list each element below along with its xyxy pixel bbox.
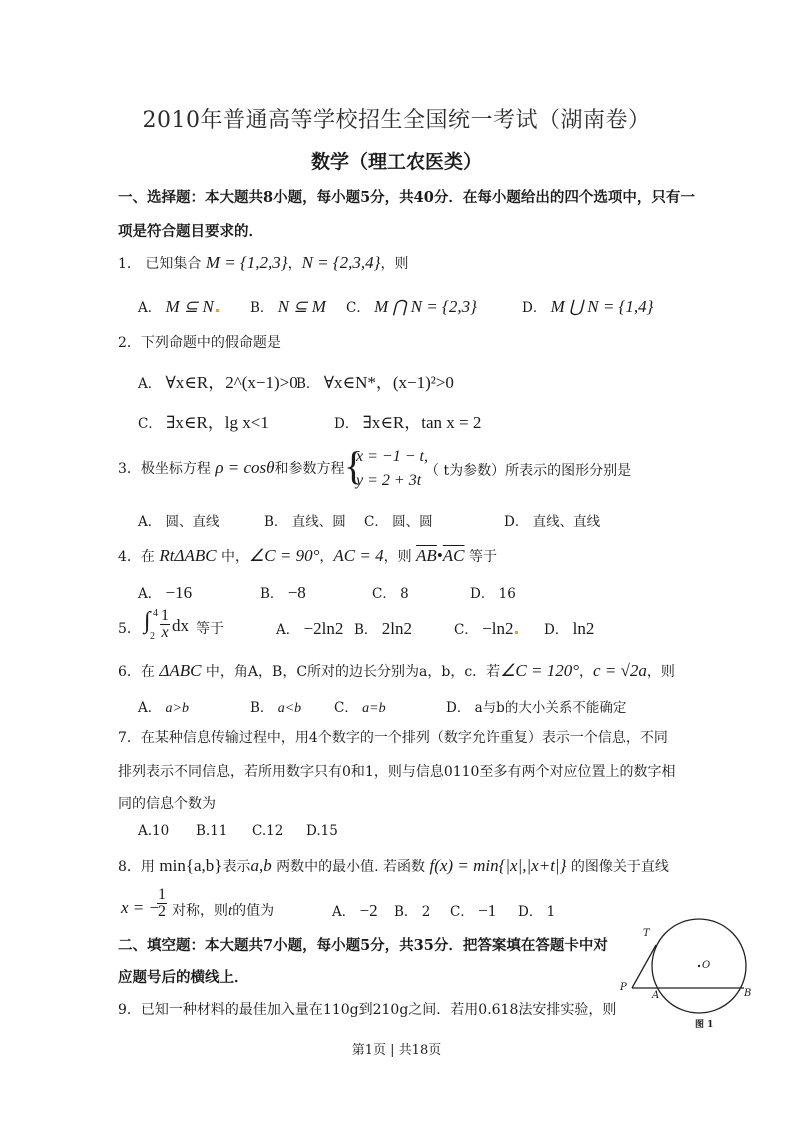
question-1-option-c[interactable]: C． M ⋂ N = {2,3} [346,296,477,317]
question-1-stem: 1． 已知集合 M = {1,2,3}，N = {2,3,4}，则 [118,253,408,273]
question-2-option-a[interactable]: A． ∀x∈R，2^(x−1)>0 [138,368,298,393]
option-text: ∀x∈N*，(x−1)²>0 [324,373,454,392]
option-label: B． [250,300,273,316]
question-8-option-b[interactable]: B． 2 [394,900,430,920]
question-3-option-c[interactable]: C． 圆、圆 [364,510,433,530]
symmetry-line-lhs: x = − [121,898,160,918]
option-label: B． [250,700,273,716]
orange-dot-marker [515,631,518,634]
question-number: 3． [118,461,141,477]
option-text: a>b [166,701,189,716]
question-7-option-d[interactable]: D.15 [306,823,338,839]
stem-text: 的图像关于直线 [571,859,669,875]
option-text: a与b的大小关系不能确定 [475,700,627,716]
question-5-stem: 等于 [196,618,224,638]
question-number: 2． [118,335,141,351]
option-text: −2ln2 [304,619,344,638]
symmetry-fraction: 12 [157,887,167,920]
option-label: C． [372,586,396,602]
option-label: D． [544,622,568,638]
option-label: D． [470,586,494,602]
option-label: B． [394,904,417,920]
option-label: A. [138,823,152,839]
question-number: 9． [118,1002,141,1018]
label-o: O [702,960,710,971]
option-text: ∃x∈R，tan x = 2 [363,413,482,432]
option-text: M ⊆ N [166,297,214,316]
polar-equation: ρ = cosθ [215,458,274,477]
question-5-option-a[interactable]: A． −2ln2 [276,618,343,639]
question-6-stem: 6．在 ΔABC 中，角A，B，C所对的边长分别为a，b，c．若∠C = 120… [118,661,675,681]
stem-text: 用 [141,859,155,875]
option-text: 15 [321,823,338,839]
question-4-stem: 4．在 RtΔABC 中，∠C = 90°，AC = 4，则 AB•AC 等于 [118,546,497,566]
side-length: c = √2a [593,661,647,680]
triangle: RtΔABC [159,546,216,565]
question-6-option-b[interactable]: B． a<b [250,696,301,717]
fraction-numerator: 1 [160,608,170,625]
stem-text: 表示 [222,859,250,875]
side-length: AC = 4 [333,546,383,565]
question-7-stem-line3: 同的信息个数为 [118,793,216,813]
label-b: B [744,988,751,999]
stem-text: 中，角A，B，C所对的边长分别为a，b，c．若 [206,664,500,680]
option-label: A． [138,300,161,316]
function-definition: f(x) = min{|x|,|x+t|} [430,856,567,875]
differential: dx [172,616,189,636]
question-1-option-a[interactable]: A． M ⊆ N [138,296,219,317]
option-label: C． [138,416,162,432]
option-label: A． [138,586,161,602]
option-text: −1 [478,901,496,920]
option-label: D． [446,700,470,716]
option-text: M ⋂ N = {2,3} [374,297,477,316]
option-text: −2 [360,901,378,920]
question-number: 4． [118,549,141,565]
option-text: 直线、圆 [292,514,346,530]
option-text: −ln2 [482,619,513,638]
option-text: 16 [499,586,516,602]
option-text: −8 [288,583,306,602]
question-2-stem: 2．下列命题中的假命题是 [118,332,281,352]
option-label: D． [504,514,528,530]
question-8-option-a[interactable]: A． −2 [332,900,378,921]
question-3-stem: 3．极坐标方程 ρ = cosθ和参数方程 [118,458,345,478]
option-label: C． [346,300,370,316]
question-8-stem-line1: 8．用 min{a,b}表示a,b 两数中的最小值. 若函数 f(x) = mi… [118,856,669,876]
question-1-option-b[interactable]: B． N ⊆ M [250,296,326,317]
circle-tangent-secant-icon [612,918,762,1036]
option-text: ln2 [573,619,595,638]
option-label: A． [138,700,161,716]
question-2-option-d[interactable]: D． ∃x∈R，tan x = 2 [334,408,481,433]
option-text: a=b [362,701,385,716]
option-label: B． [354,622,377,638]
angle: ∠C = 120° [500,661,579,680]
option-label: C． [364,514,388,530]
option-label: B． [264,514,287,530]
stem-text: 的值为 [232,903,274,919]
stem-text: 已知一种材料的最佳加入量在110g到210g之间．若用0.618法安排实验，则 [141,1002,616,1018]
option-text: 1 [547,904,556,920]
set-m: M = {1,2,3} [206,253,288,272]
option-text: N ⊆ M [278,297,326,316]
option-text: 2 [422,904,431,920]
question-1-option-d[interactable]: D． M ⋃ N = {1,4} [522,296,653,317]
orange-dot-marker [216,309,219,312]
question-4-option-c[interactable]: C． 8 [372,582,409,602]
stem-text: 对称，则 [172,903,228,919]
stem-text: 在 [141,664,155,680]
option-text: a<b [278,701,301,716]
option-text: ∃x∈R，lg x<1 [166,413,269,432]
question-6-option-c[interactable]: C． a=b [334,696,386,717]
question-4-option-d[interactable]: D． 16 [470,582,516,602]
triangle: ΔABC [159,661,201,680]
option-label: D． [334,416,358,432]
option-label: C． [334,700,358,716]
stem-text: 两数中的最小值. 若函数 [276,859,425,875]
option-label: C． [450,904,474,920]
stem-text: 已知集合 [145,256,201,272]
question-7-stem-line1: 7．在某种信息传输过程中，用4个数字的一个排列（数字允许重复）表示一个信息，不同 [118,727,668,747]
option-label: A． [276,622,299,638]
option-text: −16 [166,583,193,602]
question-7-stem-line2: 排列表示不同信息，若所用数字只有0和1，则与信息0110至多有两个对应位置上的数… [118,761,675,781]
option-text: 圆、圆 [392,514,433,530]
question-5-option-c[interactable]: C． −ln2 [454,618,518,639]
question-number: 6． [118,664,141,680]
label-a: A [652,990,659,1001]
integral-lower-limit: 2 [150,631,155,642]
question-6-option-a[interactable]: A． a>b [138,696,189,717]
question-3-stem-tail: （ t为参数）所表示的图形分别是 [425,460,631,480]
stem-text: ，则 [380,256,408,272]
question-4-option-a[interactable]: A． −16 [138,582,192,603]
question-3-option-b[interactable]: B． 直线、圆 [264,510,346,530]
stem-text: 在 [141,549,155,565]
question-2-option-c[interactable]: C． ∃x∈R，lg x<1 [138,408,269,433]
stem-text: 在某种信息传输过程中，用4个数字的一个排列（数字允许重复）表示一个信息，不同 [141,730,668,746]
question-7-option-b[interactable]: B.11 [196,823,227,839]
question-4-option-b[interactable]: B． −8 [260,582,306,603]
section2-heading-line1: 二、填空题：本大题共7小题，每小题5分，共35分．把答案填在答题卡中对 [118,934,608,955]
angle: ∠C = 90° [249,546,319,565]
vector-ac: AC [443,546,465,565]
figure-caption: 图 1 [695,1017,713,1030]
min-expression: min{a,b} [159,856,222,875]
option-label: D． [518,904,542,920]
stem-text: 极坐标方程 [141,461,211,477]
stem-text: 等于 [469,549,497,565]
option-label: D. [306,823,321,839]
section1-heading-line2: 项是符合题目要求的． [118,220,263,241]
option-text: 直线、直线 [533,514,601,530]
option-text: 10 [152,823,169,839]
question-8-option-c[interactable]: C． −1 [450,900,496,921]
option-label: B. [196,823,210,839]
stem-text: 中， [221,549,249,565]
question-8-option-d[interactable]: D． 1 [518,900,555,920]
section2-heading-line2: 应题号后的横线上． [118,966,249,987]
question-5-option-d[interactable]: D． ln2 [544,618,594,639]
integrand-fraction: 1x [160,608,170,641]
question-7-option-c[interactable]: C.12 [252,823,283,839]
question-9-stem: 9．已知一种材料的最佳加入量在110g到210g之间．若用0.618法安排实验，… [118,999,616,1019]
variables-ab: a,b [250,856,271,875]
fraction-denominator: 2 [157,904,167,920]
option-label: A． [332,904,355,920]
label-p: P [620,982,627,993]
figure-1-circle-diagram: T O P A B 图 1 [612,918,762,1036]
question-8-stem-line2: 对称，则t的值为 [172,900,274,920]
question-3-option-a[interactable]: A． 圆、直线 [138,510,220,530]
question-5-number: 5． [118,618,141,638]
question-7-option-a[interactable]: A.10 [138,823,169,839]
option-label: C. [252,823,266,839]
stem-text: 和参数方程 [275,461,345,477]
option-label: B． [260,586,283,602]
fraction-denominator: x [160,625,170,641]
stem-text: ，则 [384,549,412,565]
option-text: 2ln2 [382,619,412,638]
option-text: M ⋃ N = {1,4} [551,297,654,316]
option-label: A． [138,514,161,530]
question-6-option-d[interactable]: D． a与b的大小关系不能确定 [446,696,626,716]
option-text: ∀x∈R，2^(x−1)>0 [166,373,298,392]
question-3-option-d[interactable]: D． 直线、直线 [504,510,600,530]
exam-subtitle: 数学（理工农医类） [0,147,793,174]
separator: ， [579,664,593,680]
param-equation-y: y = 2 + 3t [356,472,421,490]
vector-ab: AB [416,546,437,565]
fraction-numerator: 1 [157,887,167,904]
question-number: 1． [118,256,141,272]
section1-heading-line1: 一、选择题：本大题共8小题，每小题5分，共40分．在每小题给出的四个选项中，只有… [118,186,695,207]
integral-upper-limit: 4 [153,608,158,619]
option-text: 圆、直线 [166,514,220,530]
option-label: A． [138,376,161,392]
separator: ， [288,256,302,272]
question-2-option-b[interactable]: B． ∀x∈N*，(x−1)²>0 [296,368,454,393]
question-5-option-b[interactable]: B． 2ln2 [354,618,412,639]
option-text: 12 [266,823,283,839]
option-label: B． [296,376,319,392]
option-label: C． [454,622,478,638]
stem-text: ，则 [647,664,675,680]
question-number: 8． [118,859,141,875]
page-footer: 第1页 | 共18页 [0,1039,793,1058]
exam-title: 2010年普通高等学校招生全国统一考试（湖南卷） [0,103,793,134]
separator: ， [319,549,333,565]
option-text: 11 [210,823,227,839]
param-equation-x: x = −1 − t, [356,448,428,466]
option-label: D． [522,300,546,316]
question-number: 7． [118,730,141,746]
option-text: 8 [400,586,409,602]
label-t: T [643,928,650,939]
set-n: N = {2,3,4} [302,253,381,272]
stem-text: 下列命题中的假命题是 [141,335,281,351]
